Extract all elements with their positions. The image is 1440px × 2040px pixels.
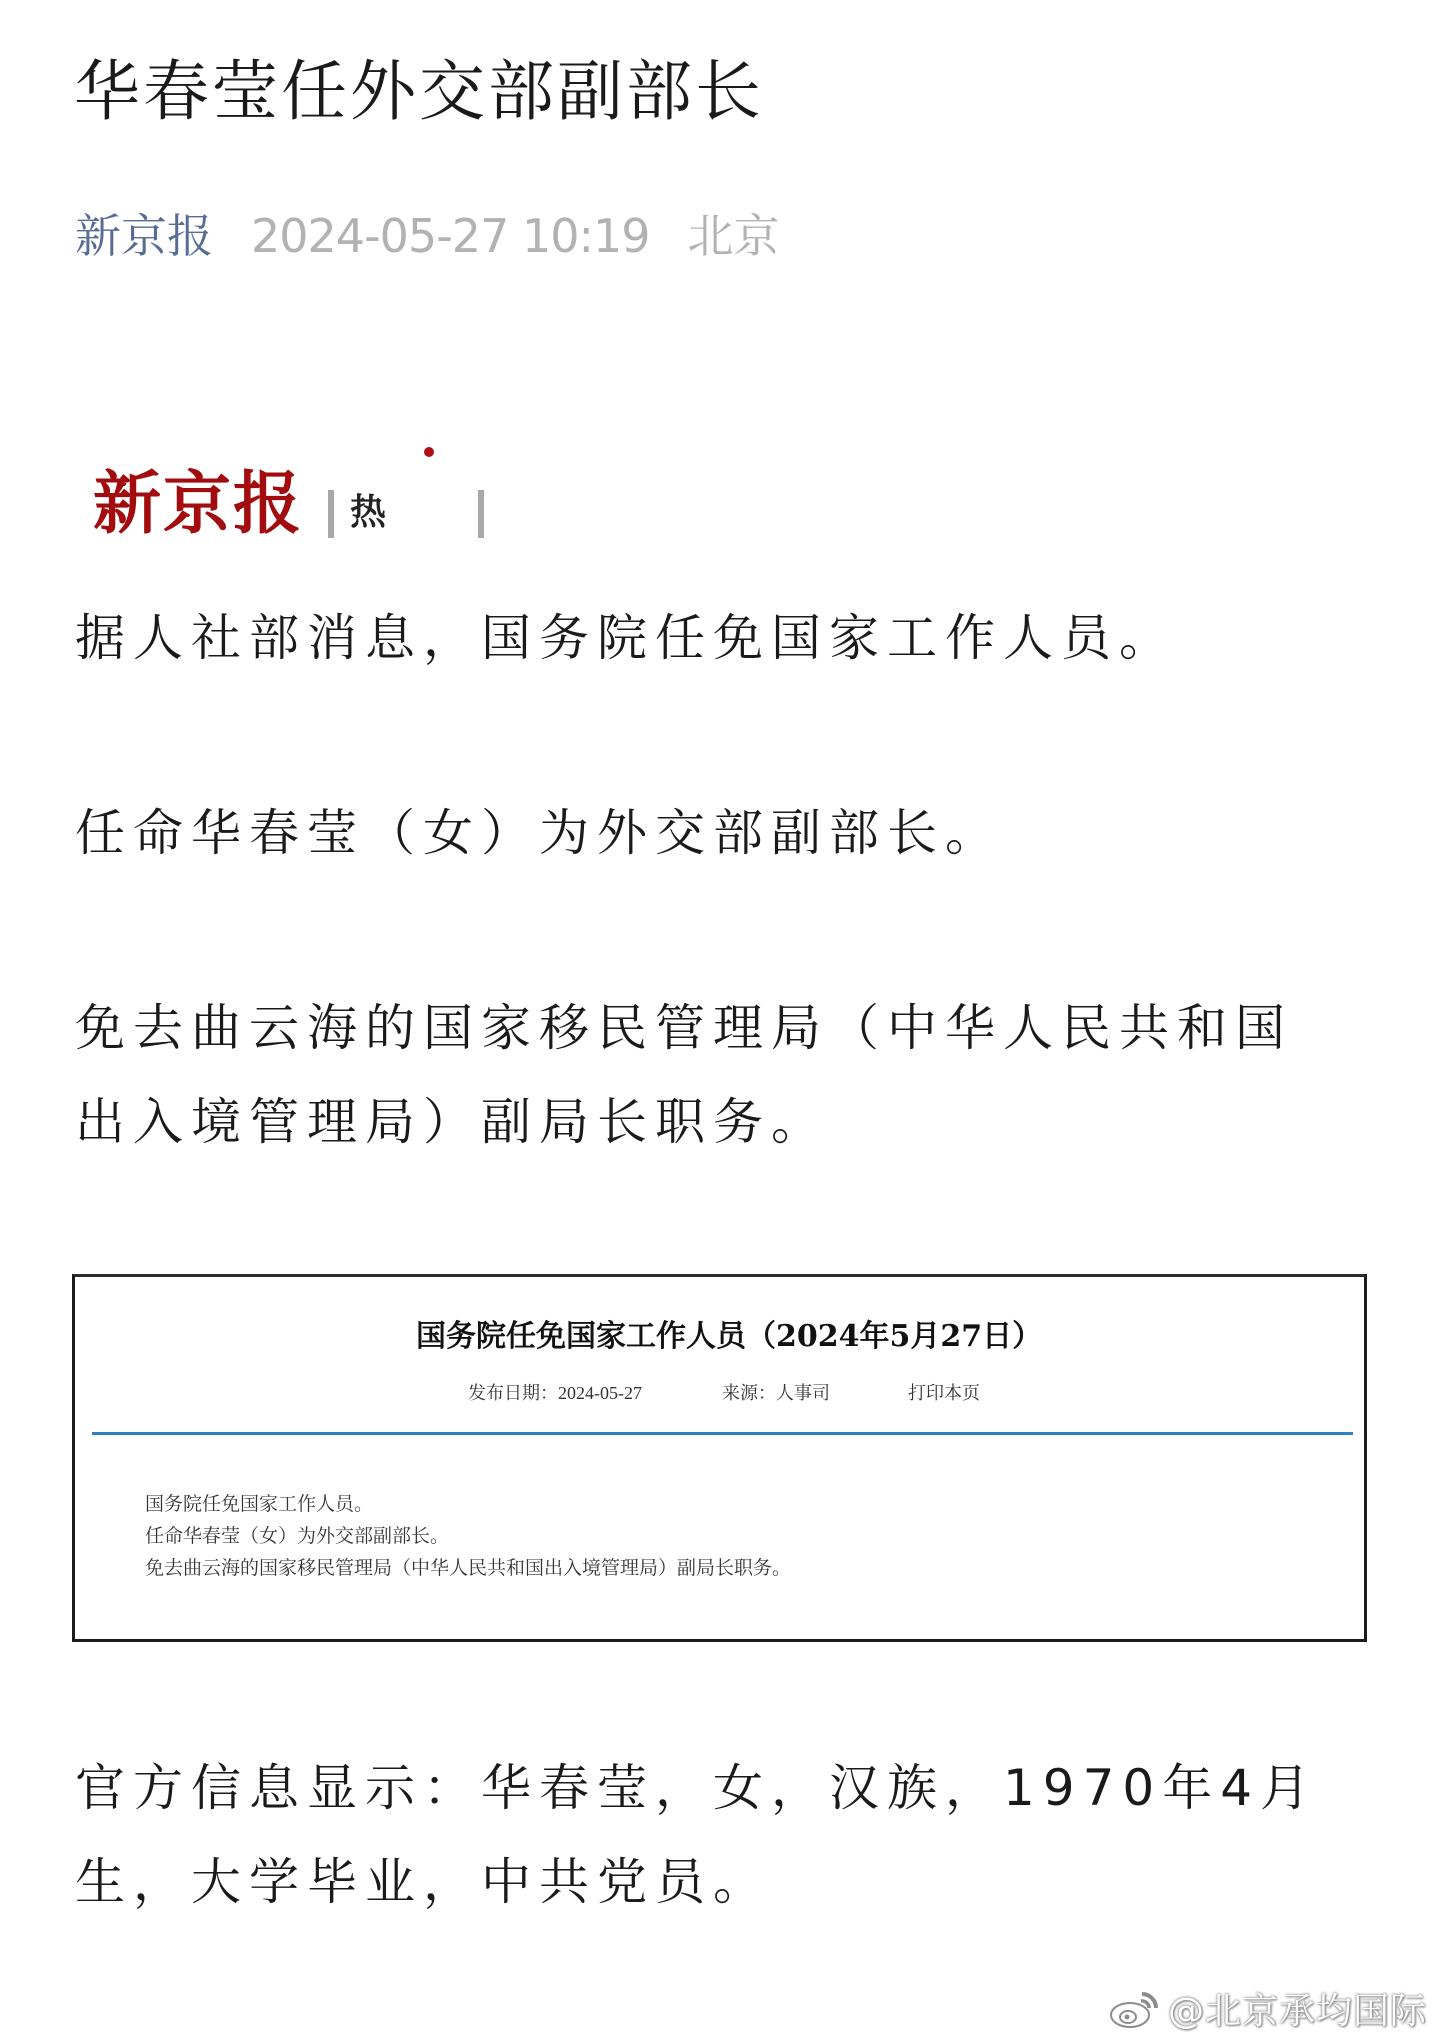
paragraph: 生，大学毕业，中共党员。 — [75, 1834, 771, 1930]
document-line: 国务院任免国家工作人员。 — [145, 1488, 791, 1520]
watermark: @北京承均国际 — [1108, 1984, 1427, 2032]
print-page-link: 打印本页 — [908, 1381, 980, 1405]
document-line: 任命华春莹（女）为外交部副部长。 — [145, 1520, 791, 1552]
document-body: 国务院任免国家工作人员。 任命华春莹（女）为外交部副部长。 免去曲云海的国家移民… — [145, 1488, 791, 1584]
weibo-icon — [1108, 1986, 1162, 2030]
divider-bar — [328, 490, 334, 538]
document-source: 来源：人事司 — [722, 1381, 830, 1405]
document-line: 免去曲云海的国家移民管理局（中华人民共和国出入境管理局）副局长职务。 — [145, 1552, 791, 1584]
publish-time: 2024-05-27 10:19 — [251, 209, 650, 263]
article-title: 华春莹任外交部副部长 — [74, 52, 764, 132]
publish-location: 北京 — [688, 209, 780, 263]
document-screenshot: 国务院任免国家工作人员（2024年5月27日） 发布日期：2024-05-27 … — [72, 1274, 1367, 1642]
paragraph: 据人社部消息，国务院任免国家工作人员。 — [75, 590, 1177, 686]
xinjingbao-logo: 新京报 — [93, 466, 303, 542]
watermark-text: @北京承均国际 — [1168, 1983, 1427, 2034]
source-link[interactable]: 新京报 — [75, 209, 213, 263]
document-title: 国务院任免国家工作人员（2024年5月27日） — [416, 1317, 1042, 1357]
paragraph: 官方信息显示：华春莹，女，汉族，1970年4月 — [75, 1740, 1318, 1836]
document-publish-date: 发布日期：2024-05-27 — [468, 1381, 642, 1405]
hot-tag: 热 — [350, 490, 386, 536]
paragraph: 任命华春莹（女）为外交部副部长。 — [75, 785, 1003, 881]
paragraph: 出入境管理局）副局长职务。 — [75, 1074, 829, 1170]
document-divider — [92, 1432, 1353, 1435]
article-meta: 新京报2024-05-27 10:19北京 — [75, 206, 780, 266]
paragraph: 免去曲云海的国家移民管理局（中华人民共和国 — [75, 980, 1293, 1076]
divider-bar — [478, 490, 484, 538]
red-dot-icon — [424, 447, 434, 457]
